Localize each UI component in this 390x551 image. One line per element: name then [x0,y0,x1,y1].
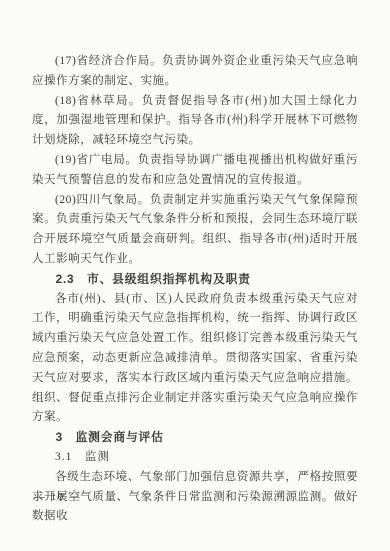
page-number: — 10 — [34,489,82,505]
document-body: (17)省经济合作局。负责协调外资企业重污染天气应急响应操作方案的制定、实施。(… [32,52,358,527]
body-paragraph: (19)省广电局。负责指导协调广播电视播出机构做好重污染天气预警信息的发布和应急… [32,151,358,191]
body-paragraph: (17)省经济合作局。负责协调外资企业重污染天气应急响应操作方案的制定、实施。 [32,52,358,92]
body-paragraph: (18)省林草局。负责督促指导各市(州)加大国土绿化力度，加强湿地管理和保护。指… [32,92,358,151]
section-heading: 3 监测会商与评估 [32,428,358,448]
body-paragraph: (20)四川气象局。负责制定并实施重污染天气气象保障预案。负责重污染天气气象条件… [32,191,358,270]
body-paragraph: 各市(州)、县(市、区)人民政府负责本级重污染天气应对工作，明确重污染天气应急指… [32,290,358,429]
document-page: (17)省经济合作局。负责协调外资企业重污染天气应急响应操作方案的制定、实施。(… [0,0,390,551]
subsection-heading: 3.1 监测 [32,448,358,468]
section-heading: 2.3 市、县级组织指挥机构及职责 [32,270,358,290]
